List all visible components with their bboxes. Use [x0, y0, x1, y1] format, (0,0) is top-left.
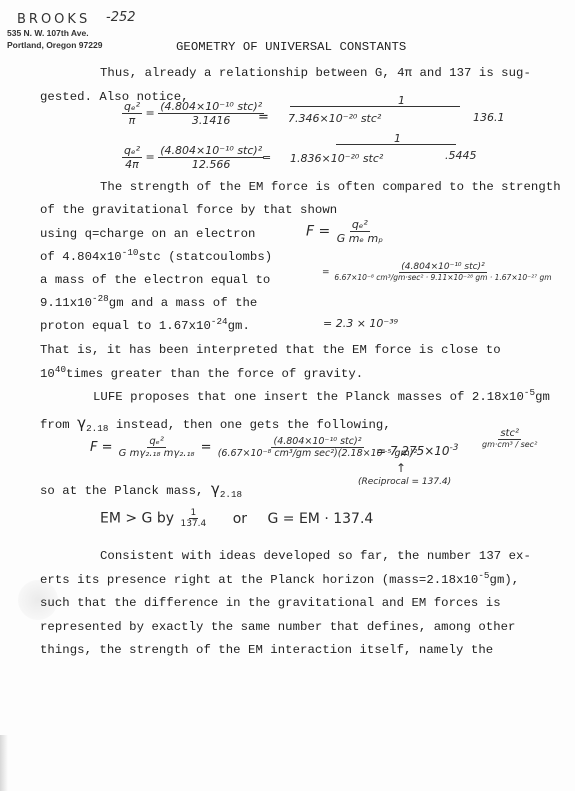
text-fragment: -24: [211, 316, 228, 327]
text-fragment: 1: [189, 508, 199, 519]
text-fragment: 2.18: [220, 489, 242, 500]
text-fragment: 137.4: [178, 519, 208, 529]
paragraph-line: such that the difference in the gravitat…: [40, 596, 501, 610]
text-fragment: gm.: [228, 319, 250, 333]
text-fragment: gm·cm³ / sec²: [480, 440, 539, 449]
paragraph-line: of the gravitational force by that shown: [40, 203, 337, 217]
handwritten-equation-1: qₑ²π = (4.804×10⁻¹⁰ stc)²3.1416: [122, 100, 264, 127]
force-result: = 2.3 × 10⁻³⁹: [323, 317, 398, 330]
text-fragment: 6.67×10⁻⁸ cm³/gm·sec² · 9.11×10⁻²⁸ gm · …: [332, 273, 553, 282]
text-fragment: qₑ²4π: [122, 144, 142, 171]
scan-edge-shadow: [0, 735, 8, 791]
text-fragment: qₑ²G mγ₂.₁₈ mγ₂.₁₈: [117, 436, 197, 459]
eq2-reciprocal-one: 1: [394, 132, 401, 145]
text-fragment: (4.804×10⁻¹⁰ stc)²6.67×10⁻⁸ cm³/gm·sec² …: [332, 262, 553, 282]
text-fragment: =: [201, 440, 212, 455]
paragraph-line: 9.11x10-28gm and a mass of the: [40, 296, 257, 310]
text-fragment: qₑ²G mₑ mₚ: [335, 218, 385, 245]
text-fragment: (4.804×10⁻¹⁰ stc)²12.566: [158, 144, 264, 171]
text-fragment: -28: [92, 293, 109, 304]
paragraph-line: represented by exactly the same number t…: [40, 620, 515, 634]
text-fragment: proton equal to 1.67x10: [40, 319, 211, 333]
paragraph-line: erts its presence right at the Planck ho…: [40, 573, 519, 587]
reciprocal-note: (Reciprocal = 137.4): [358, 477, 451, 487]
text-fragment: qₑ²: [122, 100, 142, 114]
text-fragment: 10: [40, 367, 55, 381]
stamp-address-line1: 535 N. W. 107th Ave.: [7, 28, 89, 38]
text-fragment: times greater than the force of gravity.: [66, 367, 363, 381]
force-substitution: = (4.804×10⁻¹⁰ stc)²6.67×10⁻⁸ cm³/gm·sec…: [322, 262, 554, 282]
paragraph-line: Thus, already a relationship between G, …: [100, 66, 531, 80]
text-fragment: or: [233, 511, 247, 527]
paragraph-line: from γ2.18 instead, then one gets the fo…: [40, 414, 391, 432]
text-fragment: of 4.804x10: [40, 250, 122, 264]
text-fragment: =: [145, 107, 154, 120]
paragraph-line: things, the strength of the EM interacti…: [40, 643, 493, 657]
paragraph-line: so at the Planck mass, γ2.18: [40, 480, 242, 498]
text-fragment: -3: [450, 443, 459, 453]
text-fragment: F =: [306, 224, 330, 240]
conclusion-equation: EM > G by 1137.4 or G = EM · 137.4: [100, 508, 373, 529]
text-fragment: gm),: [490, 573, 520, 587]
eq1-reciprocal-one: 1: [398, 94, 405, 107]
text-fragment: (4.804×10⁻¹⁰ stc)²: [399, 262, 486, 273]
text-fragment: (4.804×10⁻¹⁰ stc)²: [271, 436, 363, 448]
text-fragment: qₑ²: [350, 218, 370, 232]
text-fragment: 1137.4: [178, 508, 208, 529]
text-fragment: gm: [535, 390, 550, 404]
eq1-result: 7.346×10⁻²⁰ stc²: [288, 112, 381, 125]
text-fragment: 12.566: [190, 158, 233, 171]
overbar: [290, 106, 460, 107]
paragraph-line: using q=charge on an electron: [40, 227, 255, 241]
paragraph-line: Consistent with ideas developed so far, …: [100, 549, 531, 563]
text-fragment: gm and a mass of the: [109, 296, 258, 310]
text-fragment: erts its presence right at the Planck ho…: [40, 573, 478, 587]
text-fragment: qₑ²π: [122, 100, 142, 127]
stamp-address-line2: Portland, Oregon 97229: [7, 40, 102, 50]
planck-units: stc²gm·cm³ / sec²: [480, 428, 539, 449]
text-fragment: -5: [524, 387, 535, 398]
arrow-up-icon: ↑: [396, 461, 406, 475]
text-fragment: (4.804×10⁻¹⁰ stc)²3.1416: [158, 100, 264, 127]
page-title: GEOMETRY OF UNIVERSAL CONSTANTS: [176, 40, 406, 54]
text-fragment: 2.18: [86, 423, 108, 434]
text-fragment: G = EM · 137.4: [267, 511, 373, 527]
text-fragment: qₑ²: [122, 144, 142, 158]
planck-force-equation: F = qₑ²G mγ₂.₁₈ mγ₂.₁₈ = (4.804×10⁻¹⁰ st…: [90, 436, 419, 459]
paragraph-line: of 4.804x10-10stc (statcoulombs): [40, 250, 272, 264]
paragraph-line: LUFE proposes that one insert the Planck…: [93, 390, 550, 404]
text-fragment: G mₑ mₚ: [335, 232, 385, 245]
text-fragment: = 7.275×10: [376, 444, 450, 458]
text-fragment: stc (statcoulombs): [138, 250, 272, 264]
text-fragment: =: [145, 151, 154, 164]
text-fragment: stc²: [498, 428, 521, 440]
paragraph-line: That is, it has been interpreted that th…: [40, 343, 501, 357]
paragraph-line: proton equal to 1.67x10-24gm.: [40, 319, 250, 333]
text-fragment: π: [127, 114, 138, 127]
eq1-reciprocal: 136.1: [473, 111, 505, 124]
text-fragment: instead, then one gets the following,: [108, 418, 390, 432]
text-fragment: γ: [211, 480, 220, 498]
text-fragment: -5: [478, 570, 489, 581]
text-fragment: 9.11x10: [40, 296, 92, 310]
text-fragment: G mγ₂.₁₈ mγ₂.₁₈: [117, 448, 197, 459]
text-fragment: LUFE proposes that one insert the Planck…: [93, 390, 524, 404]
equals-sign: =: [258, 110, 269, 125]
text-fragment: stc²gm·cm³ / sec²: [480, 428, 539, 449]
paragraph-line: a mass of the electron equal to: [40, 273, 270, 287]
stamp-name: BROOKS: [17, 12, 90, 27]
paragraph-line: The strength of the EM force is often co…: [100, 180, 561, 194]
text-fragment: so at the Planck mass,: [40, 484, 211, 498]
text-fragment: γ: [77, 414, 86, 432]
text-fragment: (4.804×10⁻¹⁰ stc)²: [158, 144, 264, 158]
handwritten-equation-2: qₑ²4π = (4.804×10⁻¹⁰ stc)²12.566: [122, 144, 264, 171]
force-equation: F = qₑ²G mₑ mₚ: [306, 218, 385, 245]
text-fragment: (4.804×10⁻¹⁰ stc)²: [158, 100, 264, 114]
text-fragment: from: [40, 418, 77, 432]
text-fragment: 4π: [123, 158, 141, 171]
text-fragment: qₑ²: [147, 436, 166, 448]
page-number: -252: [106, 10, 136, 25]
eq2-reciprocal: .5445: [445, 149, 477, 162]
equals-sign: =: [262, 151, 271, 164]
text-fragment: F =: [90, 440, 113, 455]
document-page: BROOKS -252 535 N. W. 107th Ave. Portlan…: [0, 0, 575, 791]
planck-result: = 7.275×10-3: [376, 444, 459, 458]
text-fragment: EM > G by: [100, 511, 174, 527]
text-fragment: 3.1416: [190, 114, 233, 127]
text-fragment: -10: [122, 247, 139, 258]
paragraph-line: 1040times greater than the force of grav…: [40, 367, 363, 381]
text-fragment: 40: [55, 364, 66, 375]
eq2-result: 1.836×10⁻²⁰ stc²: [290, 152, 383, 165]
text-fragment: =: [322, 268, 330, 278]
